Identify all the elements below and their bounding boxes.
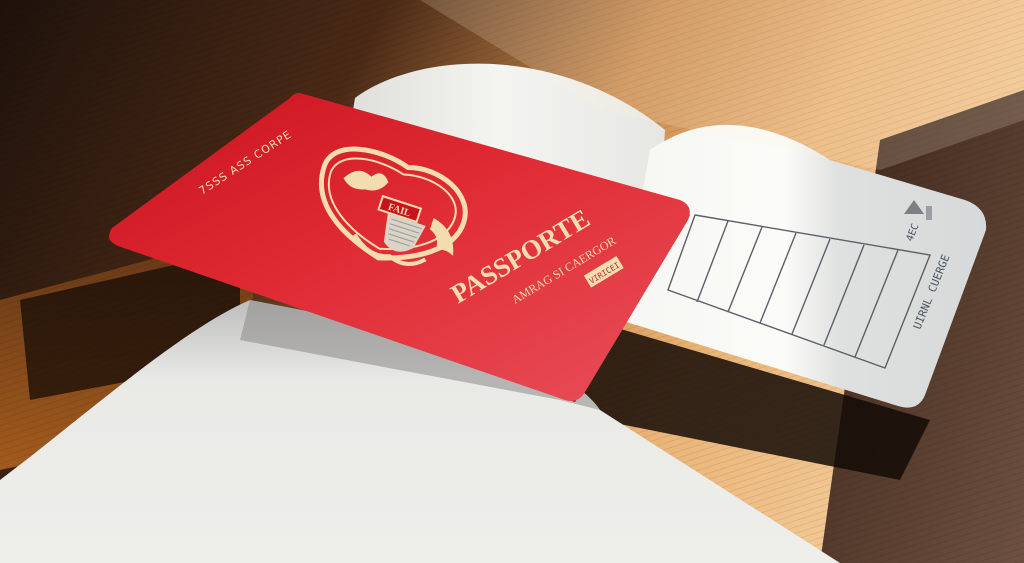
- photo-canvas: UIRNL CUERGE 4EC FAIL: [0, 0, 1024, 563]
- passport-photo: UIRNL CUERGE 4EC FAIL: [0, 0, 1024, 563]
